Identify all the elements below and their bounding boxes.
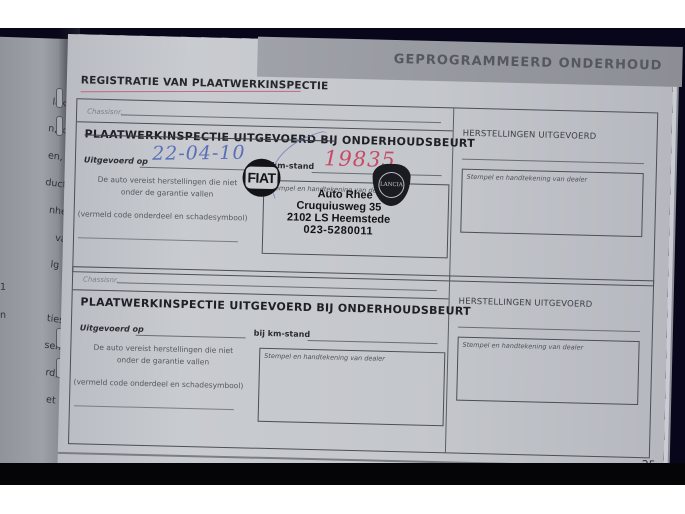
performed-on-field[interactable] bbox=[136, 335, 246, 339]
highlight-underline bbox=[81, 91, 301, 92]
page-header-title: GEPROGRAMMEERD ONDERHOUD bbox=[394, 52, 663, 74]
background-shadow bbox=[0, 463, 685, 485]
repairs-stamp-box[interactable]: Stempel en handtekening van dealer bbox=[460, 169, 644, 237]
stamp-label: Stempel en handtekening van dealer bbox=[467, 173, 588, 184]
km-label: bij km-stand bbox=[254, 329, 311, 339]
left-text-fragment: n bbox=[0, 310, 6, 321]
repairs-field[interactable] bbox=[78, 237, 238, 242]
dealer-address: Auto Rhee Cruquiusweg 35 2102 LS Heemste… bbox=[263, 187, 414, 239]
binder-ring-icon bbox=[56, 88, 63, 108]
column-divider bbox=[445, 276, 450, 452]
repairs-done-field[interactable] bbox=[458, 327, 640, 332]
chassis-label: Chassisnr. bbox=[83, 275, 119, 284]
left-page-bottom-text: 1 n bbox=[0, 267, 20, 324]
booklet-photo: laklaag n, kras- en, on- ducten nheil; v… bbox=[0, 28, 685, 485]
repairs-done-field[interactable] bbox=[462, 159, 644, 164]
repairs-done-title: HERSTELLINGEN UITGEVOERD bbox=[458, 297, 592, 310]
right-page: GEPROGRAMMEERD ONDERHOUD REGISTRATIE VAN… bbox=[57, 34, 674, 485]
left-text-fragment: 1 bbox=[0, 282, 6, 293]
performed-on-label: Uitgevoerd op bbox=[80, 323, 144, 334]
code-note: (vermeld code onderdeel en schadesymbool… bbox=[72, 377, 244, 390]
stamp-label: Stempel en handtekening van dealer bbox=[462, 341, 583, 352]
binder-ring-icon bbox=[56, 116, 63, 136]
dealer-phone: 023-5280011 bbox=[263, 223, 413, 239]
chassis-label: Chassisnr. bbox=[87, 107, 123, 116]
inspection-entry-2: Chassisnr. PLAATWERKINSPECTIE UITGEVOERD… bbox=[68, 266, 654, 458]
repairs-note: De auto vereist herstellingen die niet o… bbox=[97, 174, 238, 201]
repairs-field[interactable] bbox=[74, 405, 234, 410]
chassis-field[interactable] bbox=[117, 282, 437, 291]
left-text-fragment: et bbox=[46, 394, 57, 406]
section-title: PLAATWERKINSPECTIE UITGEVOERD BIJ ONDERH… bbox=[80, 295, 471, 318]
repairs-note: De auto vereist herstellingen die niet o… bbox=[93, 342, 234, 369]
fiat-logo-text: FIAT bbox=[245, 166, 278, 189]
chassis-field[interactable] bbox=[121, 114, 441, 123]
code-note: (vermeld code onderdeel en schadesymbool… bbox=[77, 209, 249, 222]
dealer-stamp-box[interactable]: Stempel en handtekening van dealer bbox=[258, 348, 446, 427]
performed-on-value: 22-04-10 bbox=[152, 142, 246, 165]
km-field[interactable] bbox=[308, 340, 438, 344]
performed-on-label: Uitgevoerd op bbox=[84, 155, 148, 166]
performed-on-field[interactable] bbox=[140, 167, 250, 171]
column-divider bbox=[449, 108, 454, 280]
stamp-label: Stempel en handtekening van dealer bbox=[264, 352, 385, 363]
repairs-stamp-box[interactable]: Stempel en handtekening van dealer bbox=[456, 337, 640, 405]
repairs-done-title: HERSTELLINGEN UITGEVOERD bbox=[463, 129, 597, 142]
dealer-stamp: FIAT LANCIA Auto Rhee Cruquiusweg 35 210… bbox=[240, 150, 433, 275]
